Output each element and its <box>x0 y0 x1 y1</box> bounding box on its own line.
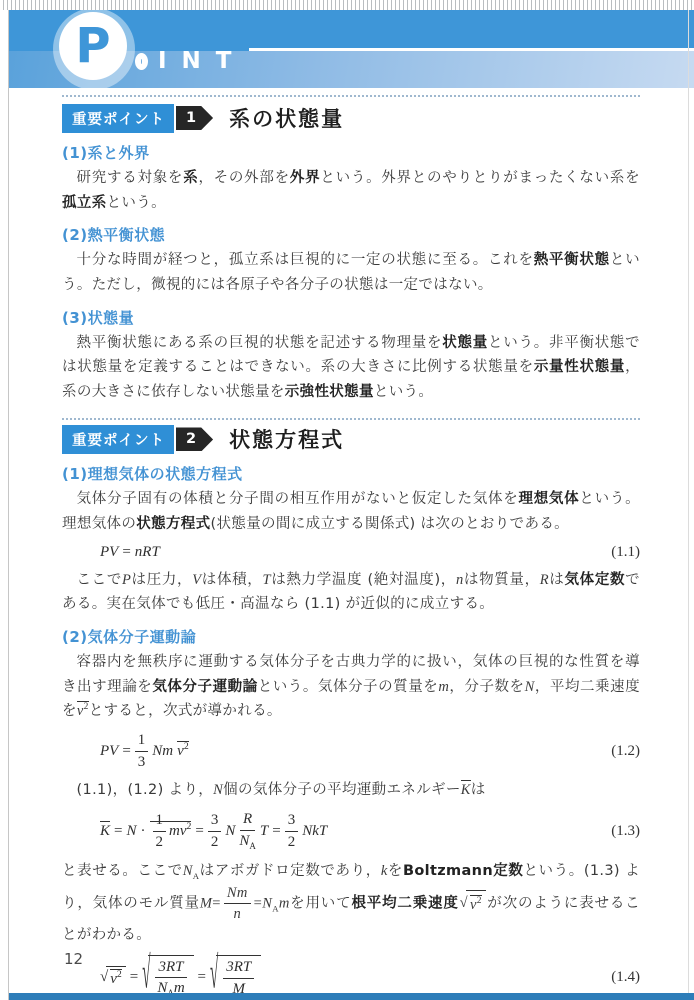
equation-body: K=N·12mv2=32NRNAT=32NkT <box>98 810 329 852</box>
subsection-heading: (2)気体分子運動論 <box>62 626 640 647</box>
subsection-heading: (3)状態量 <box>62 307 640 328</box>
body-paragraph: 気体分子固有の体積と分子間の相互作用がないと仮定した気体を理想気体という。理想気… <box>62 487 640 536</box>
body-paragraph: 十分な時間が経つと，孤立系は巨視的に一定の状態に至る。これを熱平衡状態という。た… <box>62 248 640 297</box>
section-title: 状態方程式 <box>229 424 344 454</box>
equation-1-3: K=N·12mv2=32NRNAT=32NkT (1.3) <box>62 810 640 852</box>
important-point-badge: 重要ポイント <box>62 425 174 454</box>
section-1-heading: 重要ポイント 1 系の状態量 <box>62 103 640 133</box>
important-point-badge: 重要ポイント <box>62 104 174 133</box>
badge-number-arrow: 2 <box>176 427 213 451</box>
page-content: 重要ポイント 1 系の状態量 (1)系と外界 研究する対象を系，その外部を外界と… <box>0 95 694 1000</box>
subsection-heading: (2)熱平衡状態 <box>62 224 640 245</box>
subsection-heading: (1)系と外界 <box>62 142 640 163</box>
equation-number: (1.3) <box>611 823 640 840</box>
equation-number: (1.4) <box>611 969 640 986</box>
logo-o-ring-icon <box>135 53 148 70</box>
point-logo-text: INT <box>135 50 247 73</box>
body-paragraph: ここでPは圧力，Vは体積，Tは熱力学温度 (絶対温度)，nは物質量，Rは気体定数… <box>62 568 640 617</box>
point-logo-circle: P <box>59 12 127 80</box>
top-stripe-pattern <box>0 0 694 10</box>
dotted-divider <box>62 418 640 420</box>
scan-edge-left <box>8 10 9 1000</box>
badge-number-arrow: 1 <box>176 106 213 130</box>
page-number: 12 <box>64 950 83 968</box>
equation-number: (1.2) <box>611 743 640 760</box>
body-paragraph: (1.1)，(1.2) より，N個の気体分子の平均運動エネルギーKは <box>62 778 640 803</box>
equation-body: PV=nRT <box>98 544 162 561</box>
logo-int-letters: INT <box>158 50 247 73</box>
equation-body: PV=13Nmv2 <box>98 731 191 772</box>
equation-number: (1.1) <box>611 544 640 561</box>
body-paragraph: 研究する対象を系，その外部を外界という。外界とのやりとりがまったくない系を孤立系… <box>62 166 640 215</box>
equation-1-1: PV=nRT (1.1) <box>62 544 640 561</box>
point-header-banner: P INT <box>9 10 694 88</box>
point-logo-p: P <box>75 22 110 70</box>
section-2-heading: 重要ポイント 2 状態方程式 <box>62 424 640 454</box>
scan-edge-right <box>688 10 689 1000</box>
subsection-heading: (1)理想気体の状態方程式 <box>62 463 640 484</box>
body-paragraph: 容器内を無秩序に運動する気体分子を古典力学的に扱い，気体の巨視的な性質を導き出す… <box>62 650 640 724</box>
section-title: 系の状態量 <box>229 103 344 133</box>
dotted-divider <box>62 95 640 97</box>
body-paragraph: と表せる。ここでNAはアボガドロ定数であり，kをBoltzmann定数という。(… <box>62 859 640 948</box>
banner-white-line <box>249 48 694 51</box>
equation-1-2: PV=13Nmv2 (1.2) <box>62 731 640 772</box>
bottom-blue-bar <box>9 993 694 1000</box>
textbook-page: P INT 重要ポイント 1 系の状態量 (1)系と外界 研究する対象を系，その… <box>0 0 694 1000</box>
body-paragraph: 熱平衡状態にある系の巨視的状態を記述する物理量を状態量という。非平衡状態では状態… <box>62 331 640 405</box>
